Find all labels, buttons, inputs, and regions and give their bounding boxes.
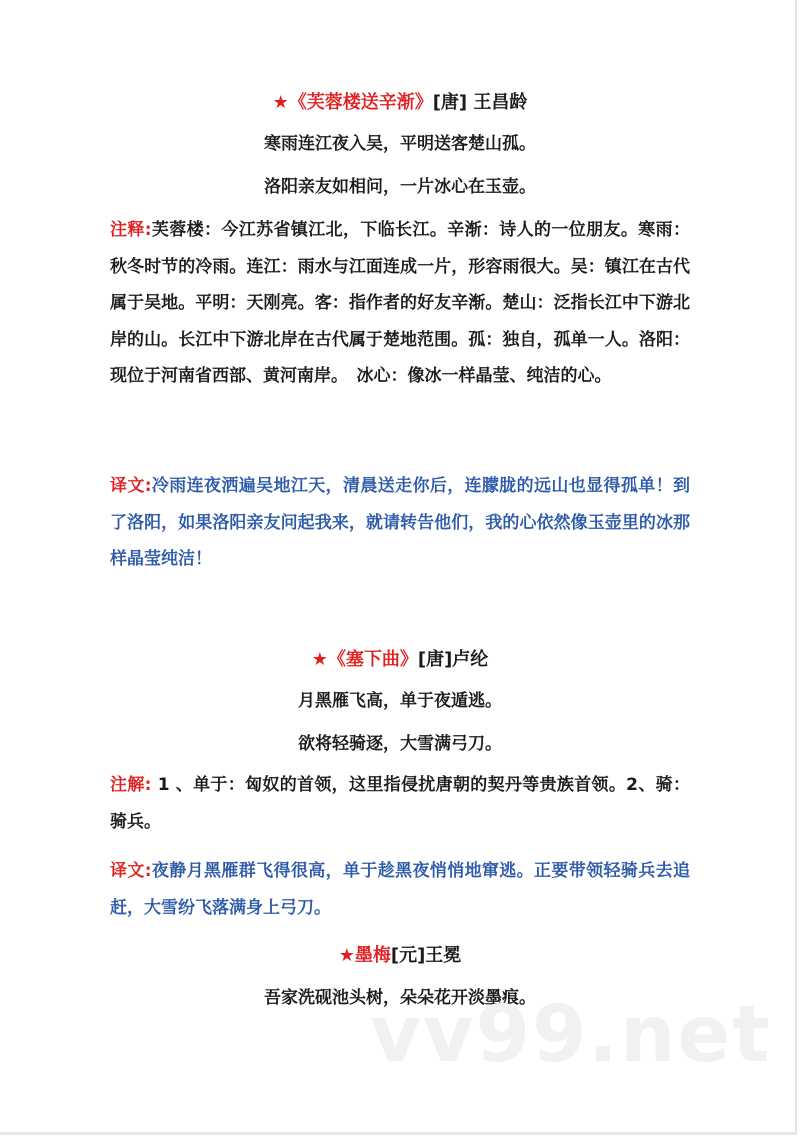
poem-2-notes: 注解: 1 、单于：匈奴的首领，这里指侵扰唐朝的契丹等贵族首领。2、骑：骑兵。 bbox=[110, 767, 690, 840]
poem-3-heading: ★墨梅[元]王冕 bbox=[110, 941, 690, 971]
notes-label: 注解: bbox=[110, 775, 151, 795]
poem-3-title: 墨梅 bbox=[355, 945, 391, 966]
translation-text: 夜静月黑雁群飞得很高，单于趁黑夜悄悄地窜逃。正要带领轻骑兵去追赶，大雪纷飞落满身… bbox=[110, 861, 690, 918]
poem-1-author: 王昌龄 bbox=[467, 92, 527, 113]
poem-3-author: 王冕 bbox=[425, 945, 461, 966]
poem-1-translation: 译文:冷雨连夜洒遍吴地江天，清晨送走你后，连朦胧的远山也显得孤单！到了洛阳，如果… bbox=[110, 468, 690, 578]
poem-1-notes: 注释:芙蓉楼：今江苏省镇江北，下临长江。辛渐：诗人的一位朋友。寒雨：秋冬时节的冷… bbox=[110, 212, 690, 395]
poem-2-dynasty: [唐] bbox=[418, 649, 452, 670]
translation-text: 冷雨连夜洒遍吴地江天，清晨送走你后，连朦胧的远山也显得孤单！到了洛阳，如果洛阳亲… bbox=[110, 476, 690, 569]
poem-2-line-2: 欲将轻骑逐，大雪满弓刀。 bbox=[110, 725, 690, 763]
translation-label: 译文: bbox=[110, 476, 152, 496]
notes-text: 芙蓉楼：今江苏省镇江北，下临长江。辛渐：诗人的一位朋友。寒雨：秋冬时节的冷雨。连… bbox=[110, 220, 690, 386]
poem-1-heading: ★《芙蓉楼送辛渐》[唐] 王昌龄 bbox=[110, 88, 690, 118]
notes-text: 1 、单于：匈奴的首领，这里指侵扰唐朝的契丹等贵族首领。2、骑：骑兵。 bbox=[110, 775, 690, 832]
star-icon: ★ bbox=[312, 649, 328, 670]
poem-2-author: 卢纶 bbox=[452, 649, 488, 670]
document-page: ★《芙蓉楼送辛渐》[唐] 王昌龄 寒雨连江夜入吴，平明送客楚山孤。 洛阳亲友如相… bbox=[0, 0, 797, 1135]
poem-2-translation: 译文:夜静月黑雁群飞得很高，单于趁黑夜悄悄地窜逃。正要带领轻骑兵去追赶，大雪纷飞… bbox=[110, 853, 690, 926]
poem-1-dynasty: [唐] bbox=[433, 92, 467, 113]
poem-3-dynasty: [元] bbox=[391, 945, 425, 966]
poem-2-line-1: 月黑雁飞高，单于夜遁逃。 bbox=[110, 682, 690, 720]
poem-1-line-2: 洛阳亲友如相问，一片冰心在玉壶。 bbox=[110, 168, 690, 206]
poem-1-line-1: 寒雨连江夜入吴，平明送客楚山孤。 bbox=[110, 125, 690, 163]
star-icon: ★ bbox=[339, 945, 355, 966]
notes-label: 注释: bbox=[110, 220, 152, 240]
poem-2-heading: ★《塞下曲》[唐]卢纶 bbox=[110, 645, 690, 675]
translation-label: 译文: bbox=[110, 861, 152, 881]
poem-2-title: 《塞下曲》 bbox=[328, 649, 418, 670]
poem-1-title: 《芙蓉楼送辛渐》 bbox=[289, 92, 433, 113]
watermark: vv99.net bbox=[370, 990, 772, 1080]
star-icon: ★ bbox=[273, 92, 289, 113]
